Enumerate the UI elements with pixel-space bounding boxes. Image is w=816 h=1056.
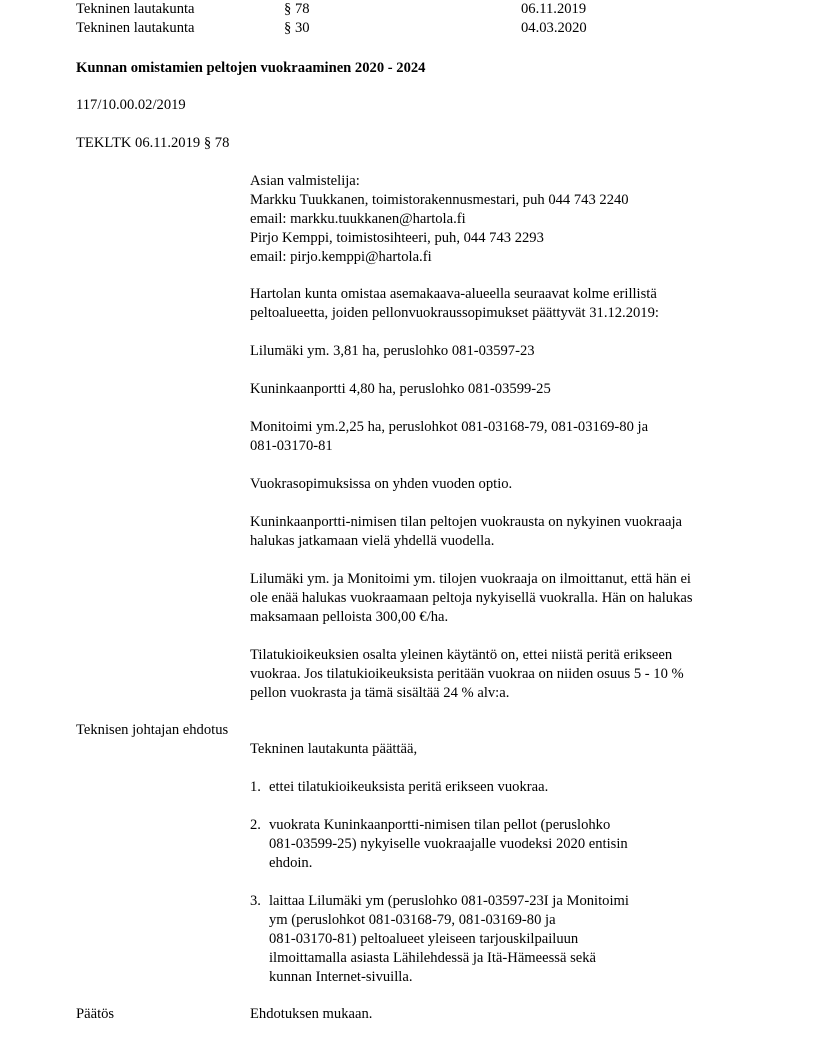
proposal-item-text: laittaa Lilumäki ym (peruslohko 081-0359… — [269, 892, 629, 987]
paragraph-lilumaki: Lilumäki ym. 3,81 ha, peruslohko 081-035… — [250, 342, 750, 361]
preparer-email[interactable]: email: pirjo.kemppi@hartola.fi — [250, 248, 750, 267]
paragraph-lessee: Lilumäki ym. ja Monitoimi ym. tilojen vu… — [250, 570, 750, 627]
decision-text: Ehdotuksen mukaan. — [250, 1005, 372, 1024]
meeting-date: 04.03.2020 — [521, 19, 587, 38]
meeting-section: § 78 — [284, 0, 310, 19]
paragraph-subsidy-rights: Tilatukioikeuksien osalta yleinen käytän… — [250, 646, 750, 703]
paragraph-kuninkaanportti: Kuninkaanportti 4,80 ha, peruslohko 081-… — [250, 380, 750, 399]
paragraph-continuation: Kuninkaanportti-nimisen tilan peltojen v… — [250, 513, 750, 551]
meeting-body: Tekninen lautakunta — [76, 0, 195, 19]
proposal-label: Teknisen johtajan ehdotus — [76, 721, 228, 740]
meeting-row: Tekninen lautakunta § 78 06.11.2019 — [76, 0, 776, 19]
meeting-section: § 30 — [284, 19, 310, 38]
paragraph-intro: Hartolan kunta omistaa asemakaava-alueel… — [250, 285, 750, 323]
paragraph-option: Vuokrasopimuksissa on yhden vuoden optio… — [250, 475, 750, 494]
meeting-date: 06.11.2019 — [521, 0, 586, 19]
decision-label: Päätös — [76, 1005, 114, 1024]
paragraph-monitoimi: Monitoimi ym.2,25 ha, peruslohkot 081-03… — [250, 418, 750, 456]
proposal-item-number: 1. — [250, 778, 261, 797]
proposal-item-number: 3. — [250, 892, 261, 911]
proposal-intro: Tekninen lautakunta päättää, — [250, 740, 417, 759]
record-number: 117/10.00.02/2019 — [76, 96, 186, 115]
proposal-item-number: 2. — [250, 816, 261, 835]
document-title: Kunnan omistamien peltojen vuokraaminen … — [76, 59, 425, 78]
meeting-reference: TEKLTK 06.11.2019 § 78 — [76, 134, 229, 153]
preparer-email[interactable]: email: markku.tuukkanen@hartola.fi — [250, 210, 750, 229]
meeting-body: Tekninen lautakunta — [76, 19, 195, 38]
preparers-label: Asian valmistelija: — [250, 172, 750, 191]
preparer-line: Markku Tuukkanen, toimistorakennusmestar… — [250, 191, 750, 210]
meeting-row: Tekninen lautakunta § 30 04.03.2020 — [76, 19, 776, 38]
proposal-item-text: vuokrata Kuninkaanportti-nimisen tilan p… — [269, 816, 628, 873]
preparer-line: Pirjo Kemppi, toimistosihteeri, puh, 044… — [250, 229, 750, 248]
preparers-block: Asian valmistelija: Markku Tuukkanen, to… — [250, 172, 750, 267]
proposal-item-text: ettei tilatukioikeuksista peritä eriksee… — [269, 778, 548, 797]
